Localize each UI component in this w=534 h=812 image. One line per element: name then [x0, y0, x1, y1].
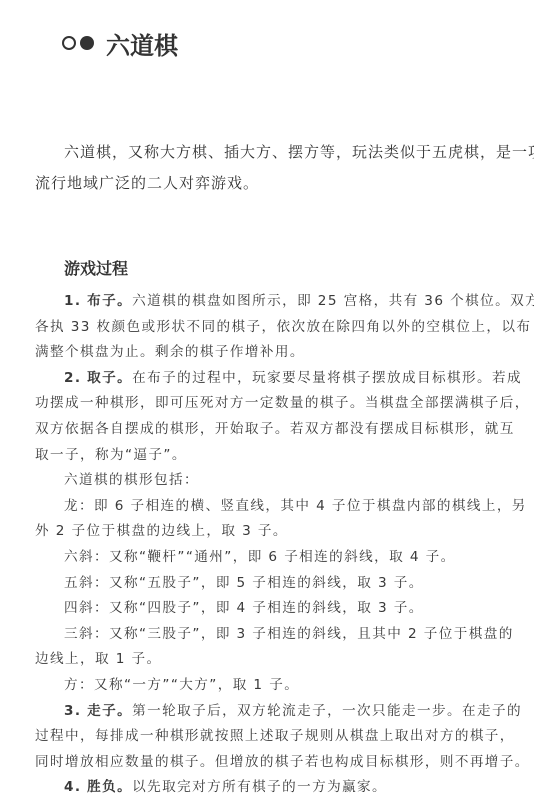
step-number: 2.: [64, 370, 81, 386]
filled-circle-icon: [80, 36, 94, 50]
pattern-five-diagonal: 五斜：又称“五股子”，即 5 子相连的斜线，取 3 子。: [35, 571, 515, 597]
step-3-line: 3. 走子。第一轮取子后，双方轮流走子，一次只能走一步。在走子的: [35, 699, 515, 725]
title-text: 六道棋: [106, 26, 178, 61]
pattern-long: 外 2 子位于棋盘的边线上，取 3 子。: [35, 519, 515, 545]
step-text: 以先取完对方所有棋子的一方为赢家。: [132, 779, 387, 795]
intro-line: 六道棋，又称大方棋、插大方、摆方等，玩法类似于五虎棋，是一项: [35, 137, 515, 168]
step-3-line: 同时增放相应数量的棋子。但增放的棋子若也构成目标棋形，则不再增子。: [35, 750, 515, 776]
step-text: 第一轮取子后，双方轮流走子，一次只能走一步。在走子的: [132, 703, 522, 719]
step-2-line: 2. 取子。在布子的过程中，玩家要尽量将棋子摆放成目标棋形。若成: [35, 366, 515, 392]
step-number: 4.: [64, 779, 81, 795]
pattern-long: 龙：即 6 子相连的横、竖直线，其中 4 子位于棋盘内部的棋线上，另: [35, 494, 515, 520]
step-1-line: 各执 33 枚颜色或形状不同的棋子，依次放在除四角以外的空棋位上，以布: [35, 315, 515, 341]
step-2-line: 双方依据各自摆成的棋形，开始取子。若双方都没有摆成目标棋形，就互: [35, 417, 515, 443]
step-keyword: 布子。: [87, 293, 132, 309]
step-keyword: 胜负。: [87, 779, 132, 795]
page-title: 六道棋: [62, 26, 178, 60]
pattern-three-diagonal: 三斜：又称“三股子”，即 3 子相连的斜线，且其中 2 子位于棋盘的: [35, 622, 515, 648]
pattern-six-diagonal: 六斜：又称“鞭杆”“通州”，即 6 子相连的斜线，取 4 子。: [35, 545, 515, 571]
intro-line: 流行地域广泛的二人对弈游戏。: [35, 168, 515, 199]
rules-body: 1. 布子。六道棋的棋盘如图所示，即 25 宫格，共有 36 个棋位。双方 各执…: [35, 289, 515, 801]
step-keyword: 取子。: [87, 370, 132, 386]
step-1-line: 满整个棋盘为止。剩余的棋子作增补用。: [35, 340, 515, 366]
step-2-line: 取一子，称为“逼子”。: [35, 443, 515, 469]
pattern-square: 方：又称“一方”“大方”，取 1 子。: [35, 673, 515, 699]
step-3-line: 过程中，每排成一种棋形就按照上述取子规则从棋盘上取出对方的棋子，: [35, 724, 515, 750]
step-text: 六道棋的棋盘如图所示，即 25 宫格，共有 36 个棋位。双方: [132, 293, 534, 309]
step-4-line: 4. 胜负。以先取完对方所有棋子的一方为赢家。: [35, 775, 515, 801]
book-page: 六道棋 六道棋，又称大方棋、插大方、摆方等，玩法类似于五虎棋，是一项 流行地域广…: [0, 0, 534, 812]
step-number: 3.: [64, 703, 81, 719]
patterns-intro: 六道棋的棋形包括：: [35, 468, 515, 494]
step-keyword: 走子。: [87, 703, 132, 719]
pattern-three-diagonal: 边线上，取 1 子。: [35, 647, 515, 673]
intro-paragraph: 六道棋，又称大方棋、插大方、摆方等，玩法类似于五虎棋，是一项 流行地域广泛的二人…: [35, 137, 515, 199]
step-1-line: 1. 布子。六道棋的棋盘如图所示，即 25 宫格，共有 36 个棋位。双方: [35, 289, 515, 315]
step-number: 1.: [64, 293, 81, 309]
step-2-line: 功摆成一种棋形，即可压死对方一定数量的棋子。当棋盘全部摆满棋子后，: [35, 391, 515, 417]
open-circle-icon: [62, 36, 76, 50]
step-text: 在布子的过程中，玩家要尽量将棋子摆放成目标棋形。若成: [132, 370, 522, 386]
section-heading: 游戏过程: [64, 256, 128, 279]
pattern-four-diagonal: 四斜：又称“四股子”，即 4 子相连的斜线，取 3 子。: [35, 596, 515, 622]
